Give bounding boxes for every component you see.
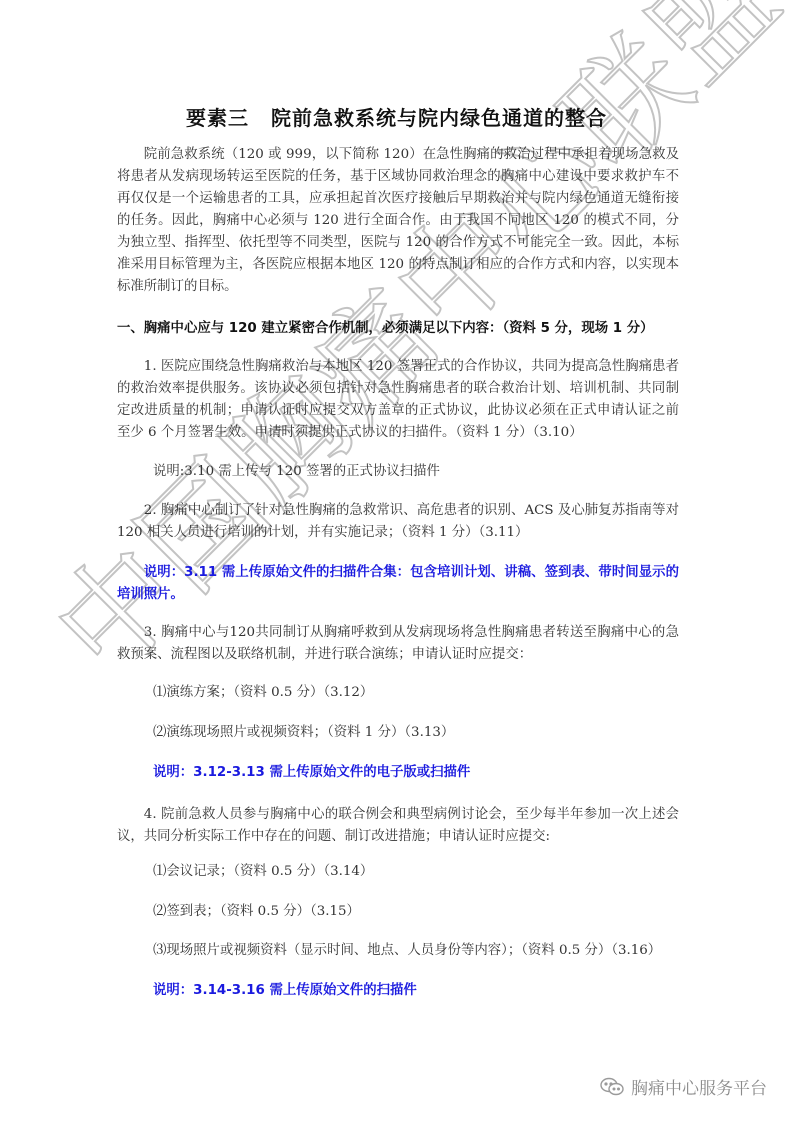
item-4: 4. 院前急救人员参与胸痛中心的联合例会和典型病例讨论会，至少每半年参加一次上述… bbox=[117, 804, 679, 848]
item-2: 2. 胸痛中心制订了针对急性胸痛的急救常识、高危患者的识别、ACS 及心肺复苏指… bbox=[117, 500, 679, 544]
intro-paragraph: 院前急救系统（120 或 999，以下简称 120）在急性胸痛的救治过程中承担着… bbox=[117, 144, 679, 298]
document-page: 中国胸痛中心联盟 要素三院前急救系统与院内绿色通道的整合 院前急救系统（120 … bbox=[0, 0, 793, 1122]
item-4-note: 说明：3.14-3.16 需上传原始文件的扫描件 bbox=[117, 980, 715, 1002]
title-prefix: 要素三 bbox=[186, 106, 249, 130]
section-heading: 一、胸痛中心应与 120 建立紧密合作机制，必须满足以下内容：（资料 5 分，现… bbox=[117, 318, 679, 340]
title-main: 院前急救系统与院内绿色通道的整合 bbox=[271, 106, 607, 130]
wechat-icon bbox=[599, 1076, 625, 1098]
item-2-note: 说明：3.11 需上传原始文件的扫描件合集：包含培训计划、讲稿、签到表、带时间显… bbox=[117, 562, 679, 606]
item-4-sub-3: ⑶现场照片或视频资料（显示时间、地点、人员身份等内容）；（资料 0.5 分）（3… bbox=[117, 940, 715, 962]
item-4-sub-1: ⑴会议记录；（资料 0.5 分）（3.14） bbox=[117, 861, 715, 883]
item-3-sub-2: ⑵演练现场照片或视频资料；（资料 1 分）（3.13） bbox=[117, 722, 715, 744]
footer-brand: 胸痛中心服务平台 bbox=[599, 1074, 767, 1099]
page-title: 要素三院前急救系统与院内绿色通道的整合 bbox=[0, 102, 793, 131]
item-3-sub-1: ⑴演练方案；（资料 0.5 分）（3.12） bbox=[117, 682, 715, 704]
item-4-sub-2: ⑵签到表；（资料 0.5 分）（3.15） bbox=[117, 901, 715, 923]
item-1-note: 说明:3.10 需上传与 120 签署的正式协议扫描件 bbox=[117, 461, 715, 483]
item-3-note: 说明：3.12-3.13 需上传原始文件的电子版或扫描件 bbox=[117, 762, 715, 784]
footer-brand-label: 胸痛中心服务平台 bbox=[631, 1074, 767, 1099]
item-3: 3. 胸痛中心与120共同制订从胸痛呼救到从发病现场将急性胸痛患者转送至胸痛中心… bbox=[117, 622, 679, 666]
item-1: 1. 医院应围绕急性胸痛救治与本地区 120 签署正式的合作协议，共同为提高急性… bbox=[117, 356, 679, 444]
